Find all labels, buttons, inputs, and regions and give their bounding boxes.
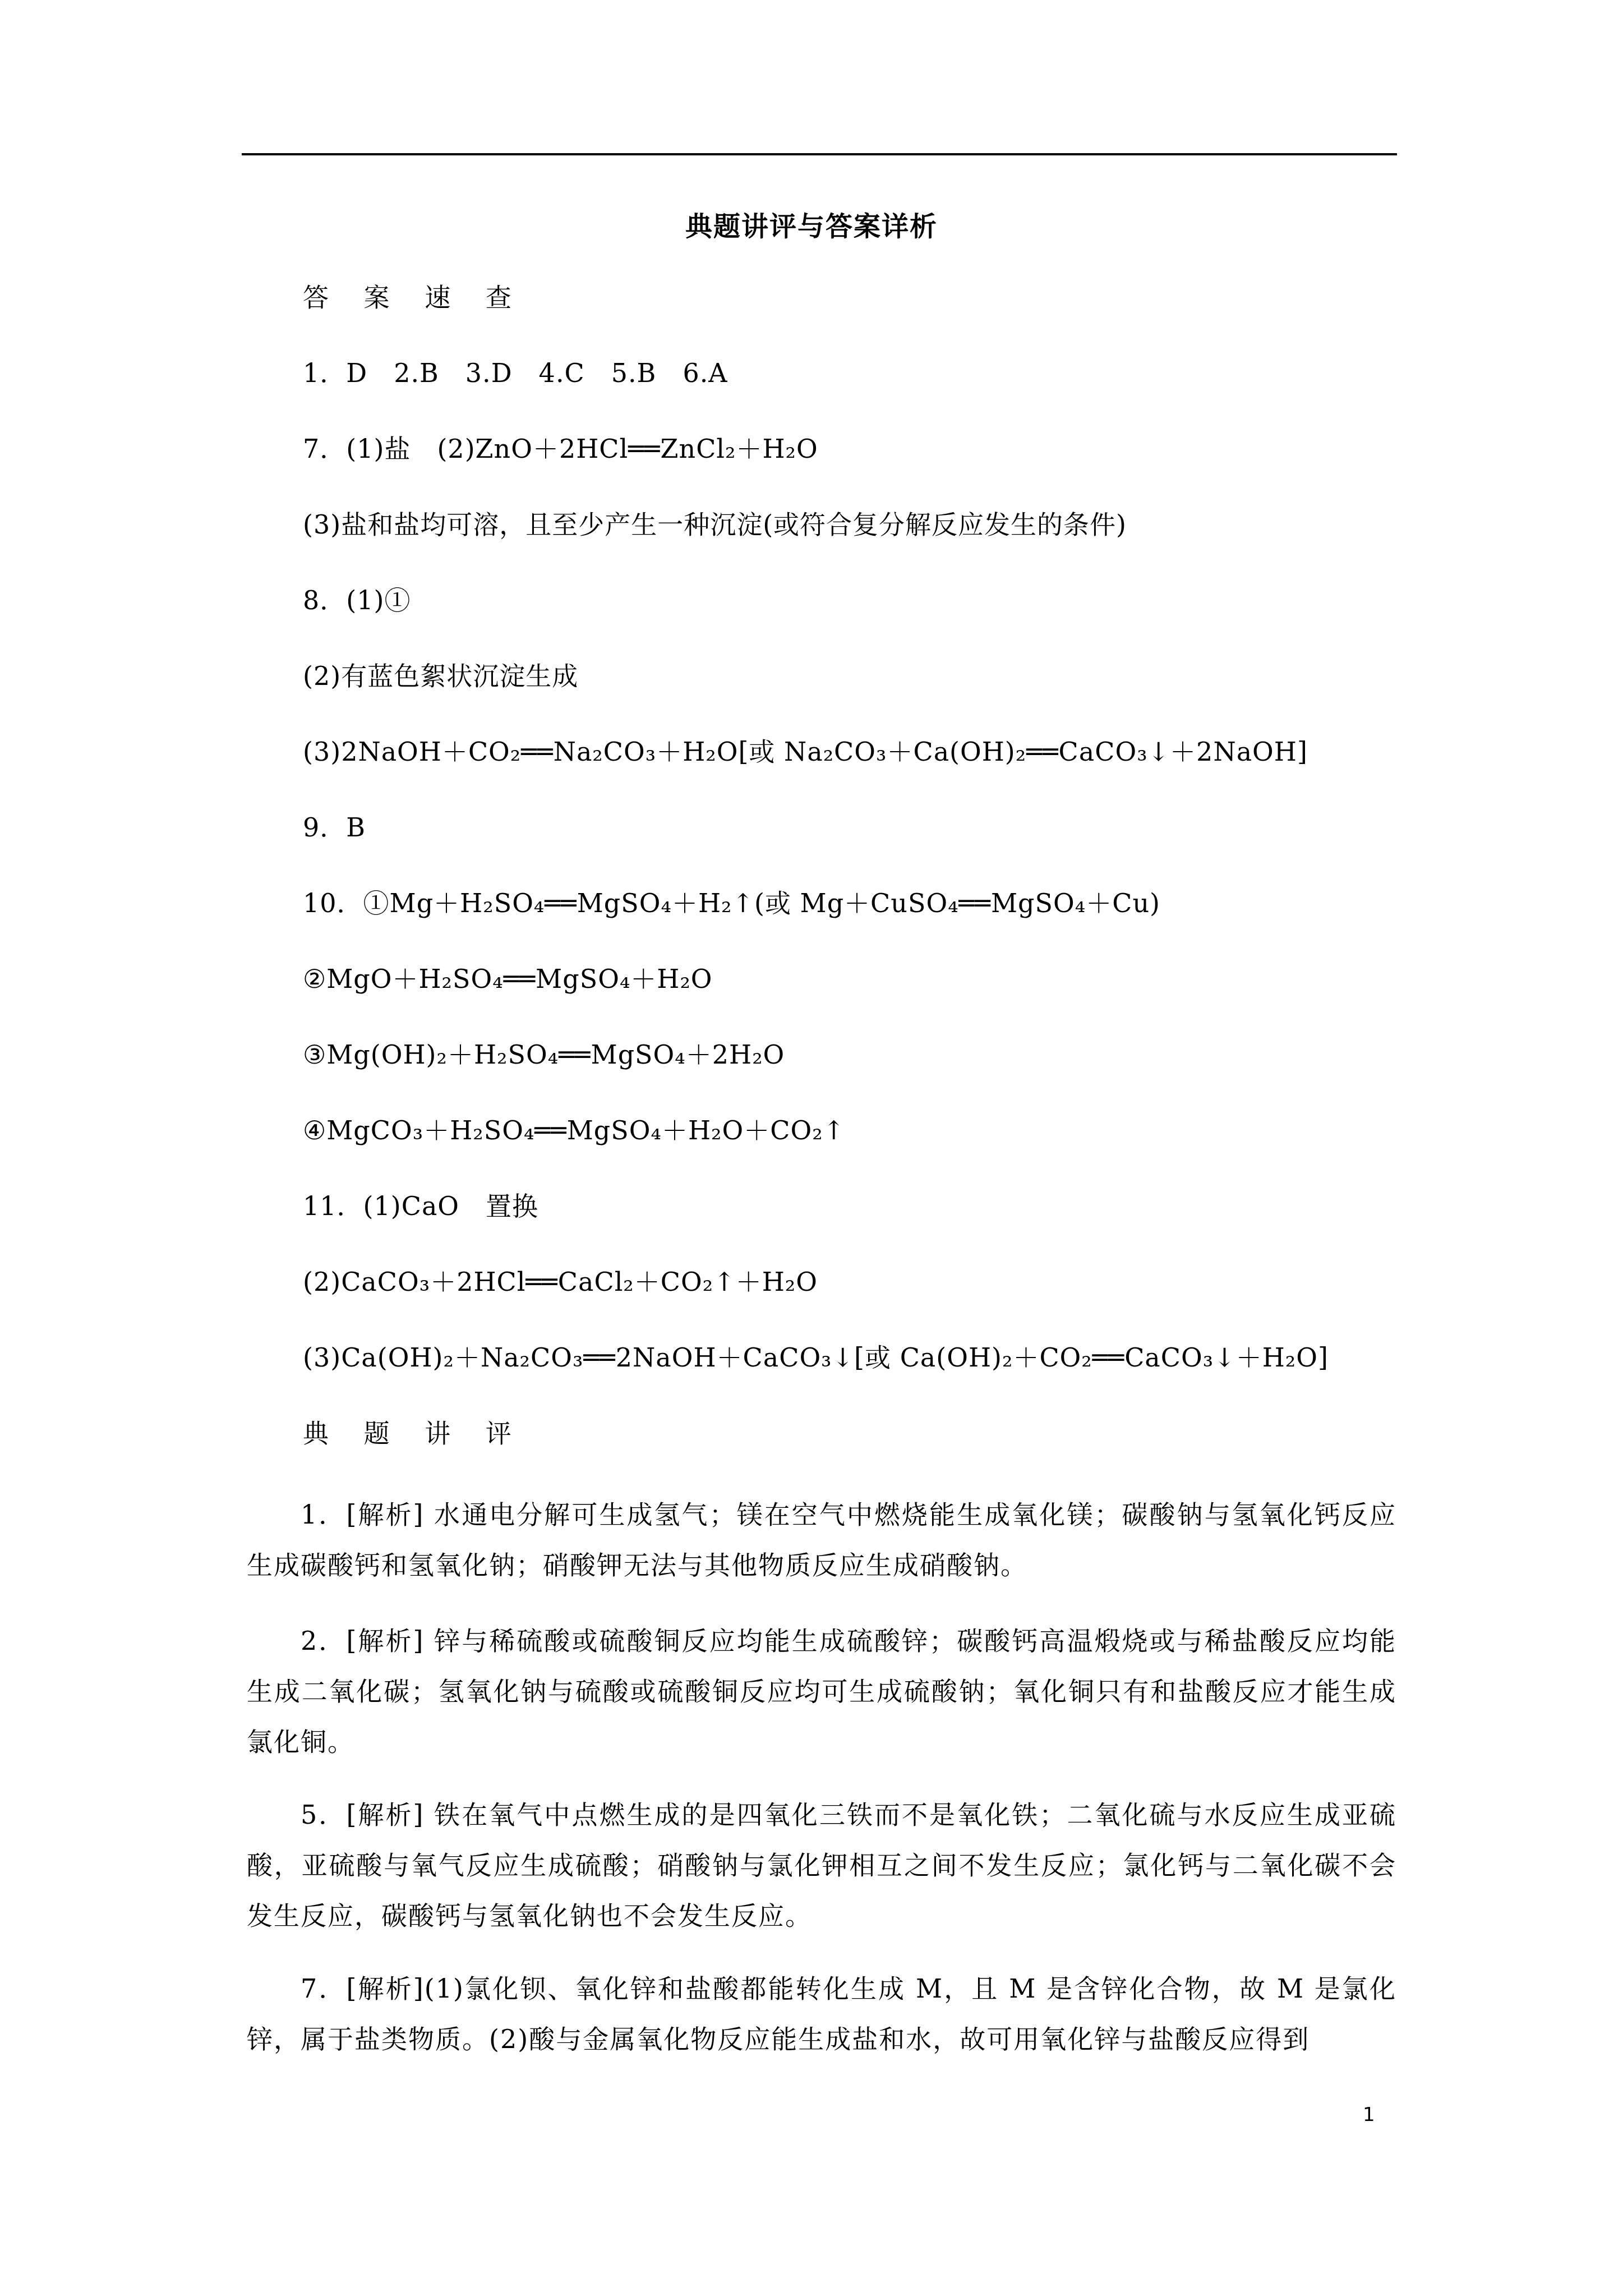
answer-line: 8．(1)① (303, 583, 411, 617)
answer-line: (2)有蓝色絮状沉淀生成 (303, 659, 578, 693)
answer-line: ③Mg(OH)₂＋H₂SO₄══MgSO₄＋2H₂O (303, 1038, 785, 1071)
review-heading: 典 题 讲 评 (303, 1416, 525, 1450)
answer-line: (3)Ca(OH)₂＋Na₂CO₃══2NaOH＋CaCO₃↓[或 Ca(OH)… (303, 1341, 1329, 1374)
answer-line: (3)盐和盐均可溶，且至少产生一种沉淀(或符合复分解反应发生的条件) (303, 508, 1127, 541)
answer-line: 10．①Mg＋H₂SO₄══MgSO₄＋H₂↑(或 Mg＋CuSO₄══MgSO… (303, 886, 1160, 920)
answer-line: ④MgCO₃＋H₂SO₄══MgSO₄＋H₂O＋CO₂↑ (303, 1114, 845, 1147)
answer-line: 1．D 2.B 3.D 4.C 5.B 6.A (303, 356, 728, 390)
answer-line: (3)2NaOH＋CO₂══Na₂CO₃＋H₂O[或 Na₂CO₃＋Ca(OH)… (303, 735, 1308, 769)
answer-line: (2)CaCO₃＋2HCl══CaCl₂＋CO₂↑＋H₂O (303, 1265, 818, 1299)
answer-line: 7．(1)盐 (2)ZnO＋2HCl══ZnCl₂＋H₂O (303, 432, 818, 466)
header-rule (242, 153, 1397, 155)
review-paragraph: 5．[解析] 铁在氧气中点燃生成的是四氧化三铁而不是氧化铁；二氧化硫与水反应生成… (247, 1789, 1396, 1941)
page-title: 典题讲评与答案详析 (0, 205, 1623, 243)
review-paragraph: 2．[解析] 锌与稀硫酸或硫酸铜反应均能生成硫酸锌；碳酸钙高温煅烧或与稀盐酸反应… (247, 1616, 1396, 1767)
answer-key-heading: 答 案 速 查 (303, 280, 525, 314)
page-number: 1 (1363, 2104, 1375, 2126)
review-paragraph: 7．[解析](1)氯化钡、氧化锌和盐酸都能转化生成 M，且 M 是含锌化合物，故… (247, 1963, 1396, 2064)
review-paragraph: 1．[解析] 水通电分解可生成氢气；镁在空气中燃烧能生成氧化镁；碳酸钠与氢氧化钙… (247, 1489, 1396, 1590)
answer-line: ②MgO＋H₂SO₄══MgSO₄＋H₂O (303, 962, 713, 996)
answer-line: 9．B (303, 811, 366, 844)
answer-line: 11．(1)CaO 置换 (303, 1189, 538, 1223)
